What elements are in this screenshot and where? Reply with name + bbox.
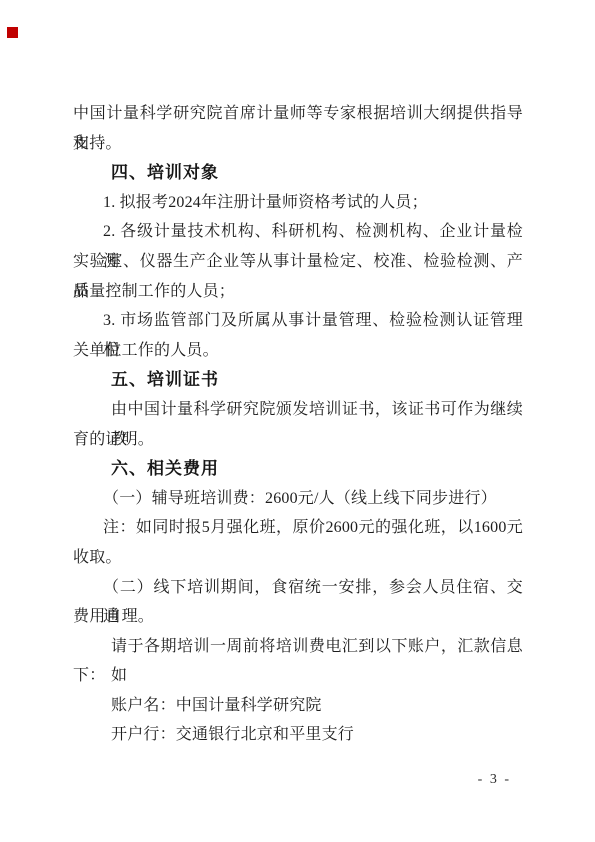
heading-training-certificate: 五、培训证书 <box>73 365 523 395</box>
heading-related-fees: 六、相关费用 <box>73 454 523 484</box>
page-number: - 3 - <box>478 772 511 788</box>
text-line-11: 由中国计量科学研究院颁发培训证书，该证书可作为继续教 <box>73 395 523 425</box>
text-line-6: 实验室、仪器生产企业等从事计量检定、校准、检验检测、产品 <box>73 247 523 277</box>
text-line-16: 收取。 <box>73 543 523 573</box>
text-line-20: 下： <box>73 661 523 691</box>
text-line-15: 注：如同时报5月强化班，原价2600元的强化班，以1600元 <box>73 513 523 543</box>
text-line-4: 1. 拟报考2024年注册计量师资格考试的人员； <box>73 188 523 218</box>
document-page: 中国计量科学研究院首席计量师等专家根据培训大纲提供指导和 支持。 四、培训对象 … <box>0 0 595 842</box>
bank-branch-line: 开户行：交通银行北京和平里支行 <box>73 720 523 750</box>
text-line-19: 请于各期培训一周前将培训费电汇到以下账户，汇款信息如 <box>73 632 523 662</box>
text-line-7: 质量控制工作的人员； <box>73 277 523 307</box>
account-name-line: 账户名：中国计量科学研究院 <box>73 691 523 721</box>
heading-training-targets: 四、培训对象 <box>73 158 523 188</box>
text-line-17: （二）线下培训期间，食宿统一安排，参会人员住宿、交通 <box>73 573 523 603</box>
text-line-9: 关单位工作的人员。 <box>73 336 523 366</box>
document-text-block: 中国计量科学研究院首席计量师等专家根据培训大纲提供指导和 支持。 四、培训对象 … <box>73 99 523 750</box>
text-line-1: 中国计量科学研究院首席计量师等专家根据培训大纲提供指导和 <box>73 99 523 129</box>
text-line-8: 3. 市场监管部门及所属从事计量管理、检验检测认证管理相 <box>73 306 523 336</box>
text-line-14: （一）辅导班培训费：2600元/人（线上线下同步进行） <box>73 484 523 514</box>
text-line-5: 2. 各级计量技术机构、科研机构、检测机构、企业计量检测 <box>73 217 523 247</box>
red-stamp-mark <box>7 27 18 38</box>
text-line-12: 育的证明。 <box>73 425 523 455</box>
text-line-2: 支持。 <box>73 129 523 159</box>
text-line-18: 费用自理。 <box>73 602 523 632</box>
